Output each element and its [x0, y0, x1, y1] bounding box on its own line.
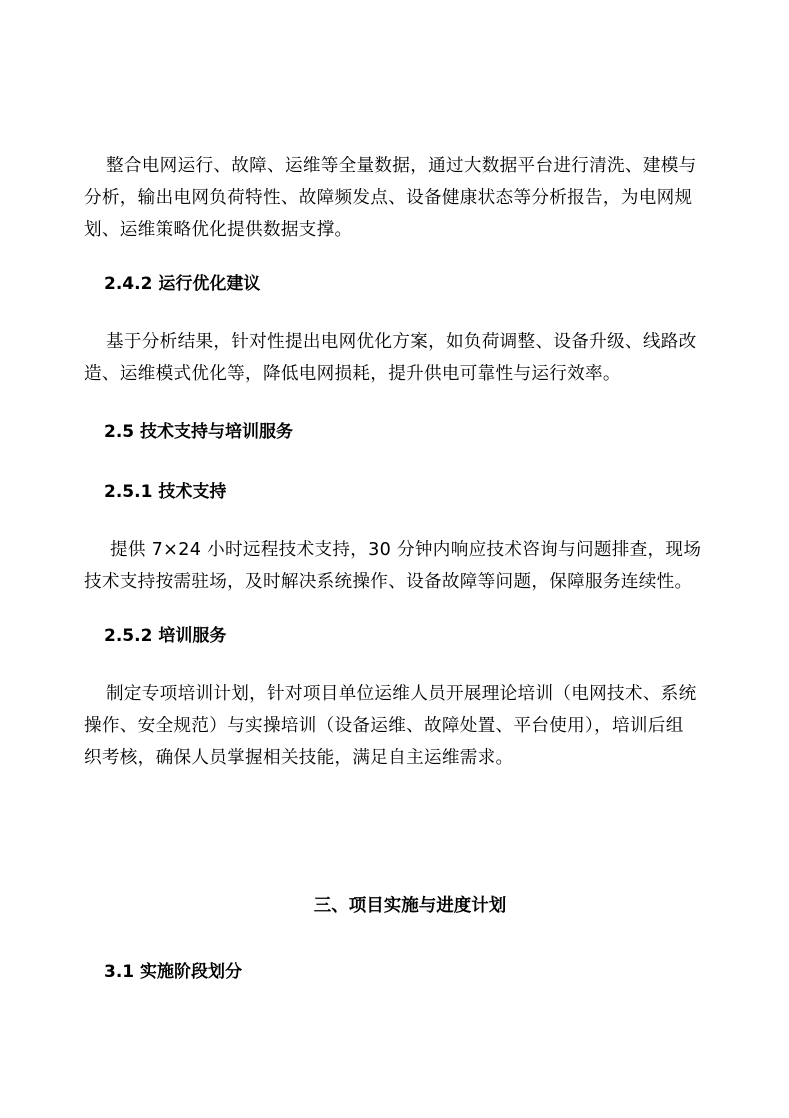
- paragraph-optimization: 基于分析结果，针对性提出电网优化方案，如负荷调整、设备升级、线路改 造、运维模式…: [84, 326, 716, 390]
- text-line: 织考核，确保人员掌握相关技能，满足自主运维需求。: [84, 742, 716, 774]
- chapter-title: 三、项目实施与进度计划: [0, 894, 789, 918]
- text-line: 划、运维策略优化提供数据支撑。: [84, 214, 716, 246]
- heading-2-4-2: 2.4.2 运行优化建议: [104, 272, 260, 296]
- heading-3-1: 3.1 实施阶段划分: [104, 960, 242, 984]
- text-line: 基于分析结果，针对性提出电网优化方案，如负荷调整、设备升级、线路改: [84, 326, 716, 358]
- text-line: 分析，输出电网负荷特性、故障频发点、设备健康状态等分析报告，为电网规: [84, 182, 716, 214]
- text-line: 提供 7×24 小时远程技术支持，30 分钟内响应技术咨询与问题排查，现场: [84, 534, 716, 566]
- text-line: 操作、安全规范）与实操培训（设备运维、故障处置、平台使用），培训后组: [84, 710, 716, 742]
- paragraph-data-analysis: 整合电网运行、故障、运维等全量数据，通过大数据平台进行清洗、建模与 分析，输出电…: [84, 150, 716, 246]
- paragraph-training: 制定专项培训计划，针对项目单位运维人员开展理论培训（电网技术、系统 操作、安全规…: [84, 678, 716, 774]
- paragraph-tech-support: 提供 7×24 小时远程技术支持，30 分钟内响应技术咨询与问题排查，现场 技术…: [84, 534, 716, 598]
- text-line: 技术支持按需驻场，及时解决系统操作、设备故障等问题，保障服务连续性。: [84, 566, 716, 598]
- text-line: 制定专项培训计划，针对项目单位运维人员开展理论培训（电网技术、系统: [84, 678, 716, 710]
- heading-2-5-2: 2.5.2 培训服务: [104, 624, 226, 648]
- text-line: 造、运维模式优化等，降低电网损耗，提升供电可靠性与运行效率。: [84, 358, 716, 390]
- heading-2-5-1: 2.5.1 技术支持: [104, 480, 226, 504]
- text-line: 整合电网运行、故障、运维等全量数据，通过大数据平台进行清洗、建模与: [84, 150, 716, 182]
- heading-2-5: 2.5 技术支持与培训服务: [104, 420, 293, 444]
